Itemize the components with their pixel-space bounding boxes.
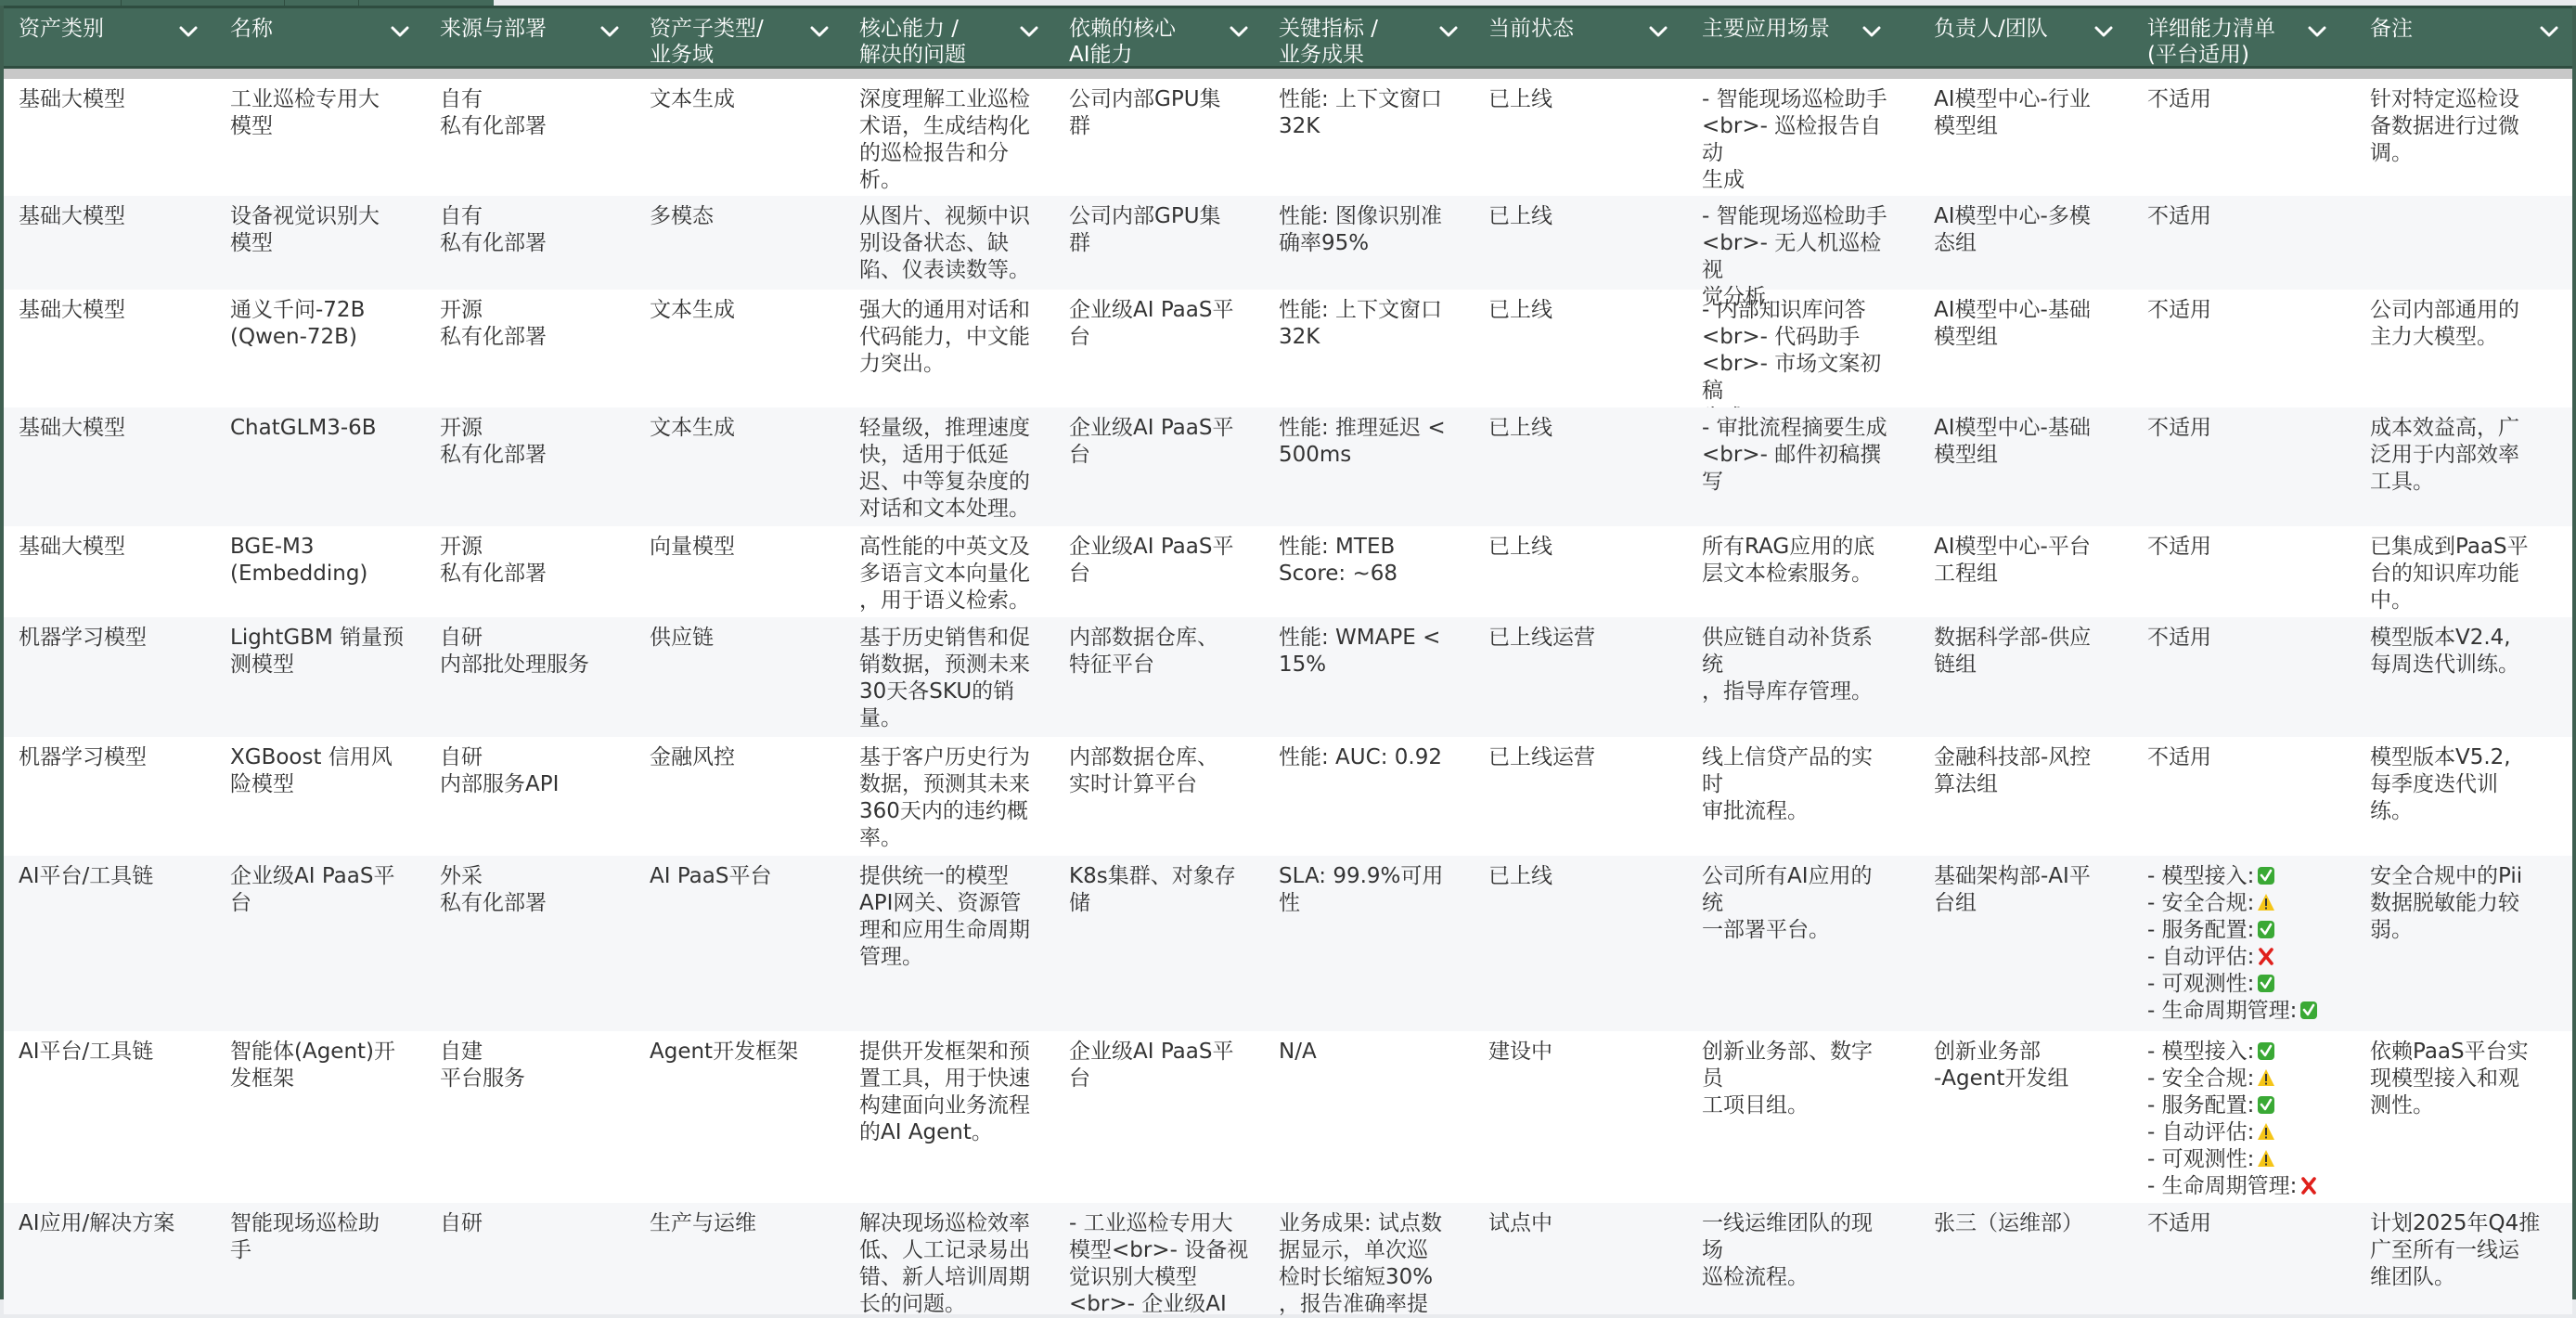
column-header-label: 备注 bbox=[2370, 16, 2528, 42]
cell-metrics[interactable]: 性能: MTEB Score: ~68 bbox=[1279, 534, 1469, 588]
table-row[interactable]: 机器学习模型LightGBM 销量预 测模型自研 内部批处理服务供应链基于历史销… bbox=[4, 617, 2572, 737]
capability-item: - 生命周期管理: bbox=[2147, 998, 2338, 1025]
cell-status[interactable]: 已上线运营 bbox=[1488, 744, 1679, 771]
check-mark-icon bbox=[2254, 1040, 2275, 1064]
column-header-owner[interactable]: 负责人/团队 bbox=[1919, 12, 2129, 68]
table-row[interactable]: 机器学习模型XGBoost 信用风 险模型自研 内部服务API金融风控基于客户历… bbox=[4, 737, 2572, 856]
cell-owner[interactable]: 金融科技部-风控 算法组 bbox=[1934, 744, 2124, 798]
cell-name[interactable]: BGE-M3 (Embedding) bbox=[230, 534, 420, 588]
cell-status[interactable]: 试点中 bbox=[1488, 1210, 1679, 1237]
cell-dependency[interactable]: K8s集群、对象存 储 bbox=[1069, 863, 1259, 917]
cell-status[interactable]: 已上线 bbox=[1488, 534, 1679, 561]
table-row[interactable]: 基础大模型BGE-M3 (Embedding)开源 私有化部署向量模型高性能的中… bbox=[4, 526, 2572, 617]
chevron-down-icon[interactable] bbox=[1438, 25, 1459, 38]
column-header-label: 关键指标 / 业务成果 bbox=[1279, 16, 1436, 68]
cell-notes[interactable]: 依赖PaaS平台实 现模型接入和观 测性。 bbox=[2370, 1039, 2560, 1119]
capability-item: - 可观测性: bbox=[2147, 1146, 2338, 1173]
capability-item-label: - 生命周期管理: bbox=[2147, 1174, 2297, 1198]
check-mark-icon bbox=[2254, 918, 2275, 942]
check-mark-icon bbox=[2297, 999, 2318, 1023]
capability-item: - 自动评估: bbox=[2147, 1119, 2338, 1146]
cell-metrics[interactable]: 性能: WMAPE < 15% bbox=[1279, 625, 1469, 678]
capability-item: - 生命周期管理: bbox=[2147, 1173, 2338, 1200]
cell-capability[interactable]: 轻量级，推理速度 快，适用于低延 迟、中等复杂度的 对话和文本处理。 bbox=[859, 415, 1050, 523]
table-row[interactable]: 基础大模型工业巡检专用大 模型自有 私有化部署文本生成深度理解工业巡检 术语，生… bbox=[4, 79, 2572, 196]
cell-metrics[interactable]: 性能: 推理延迟 < 500ms bbox=[1279, 415, 1469, 469]
cell-dependency[interactable]: 公司内部GPU集 群 bbox=[1069, 203, 1259, 257]
cell-subtype[interactable]: 文本生成 bbox=[650, 297, 840, 324]
cell-owner[interactable]: AI模型中心-多模 态组 bbox=[1934, 203, 2124, 257]
cell-category[interactable]: 基础大模型 bbox=[19, 297, 209, 324]
warning-icon bbox=[2254, 1120, 2275, 1144]
header-separator bbox=[4, 69, 2572, 79]
cell-owner[interactable]: AI模型中心-行业 模型组 bbox=[1934, 86, 2124, 140]
cell-owner[interactable]: 创新业务部 -Agent开发组 bbox=[1934, 1039, 2124, 1092]
capability-item-label: - 自动评估: bbox=[2147, 1120, 2254, 1144]
cell-scenarios[interactable]: 所有RAG应用的底 层文本检索服务。 bbox=[1702, 534, 1892, 588]
cell-name[interactable]: 智能体(Agent)开 发框架 bbox=[230, 1039, 420, 1092]
capability-item: - 可观测性: bbox=[2147, 971, 2338, 998]
cell-category[interactable]: 机器学习模型 bbox=[19, 625, 209, 652]
cell-subtype[interactable]: Agent开发框架 bbox=[650, 1039, 840, 1066]
cell-subtype[interactable]: 文本生成 bbox=[650, 86, 840, 113]
cell-source[interactable]: 自研 内部批处理服务 bbox=[440, 625, 630, 678]
cell-status[interactable]: 已上线运营 bbox=[1488, 625, 1679, 652]
cell-category[interactable]: 基础大模型 bbox=[19, 86, 209, 113]
chevron-down-icon[interactable] bbox=[178, 25, 199, 38]
cell-dependency[interactable]: 企业级AI PaaS平 台 bbox=[1069, 297, 1259, 351]
column-header-notes[interactable]: 备注 bbox=[2355, 12, 2565, 68]
cell-capability[interactable]: 强大的通用对话和 代码能力，中文能 力突出。 bbox=[859, 297, 1050, 378]
cell-capability[interactable]: 提供统一的模型 API网关、资源管 理和应用生命周期 管理。 bbox=[859, 863, 1050, 971]
cell-capability_list[interactable]: 不适用 bbox=[2147, 625, 2338, 652]
cell-capability_list[interactable]: 不适用 bbox=[2147, 415, 2338, 442]
cross-mark-icon bbox=[2297, 1174, 2318, 1198]
chevron-down-icon[interactable] bbox=[1861, 25, 1882, 38]
cell-capability_list[interactable]: 不适用 bbox=[2147, 534, 2338, 561]
cell-name[interactable]: 通义千问-72B (Qwen-72B) bbox=[230, 297, 420, 351]
check-mark-icon bbox=[2254, 1093, 2275, 1118]
cell-name[interactable]: LightGBM 销量预 测模型 bbox=[230, 625, 420, 678]
cell-status[interactable]: 建设中 bbox=[1488, 1039, 1679, 1066]
column-header-source[interactable]: 来源与部署 bbox=[425, 12, 635, 68]
cell-metrics[interactable]: 性能: 图像识别准 确率95% bbox=[1279, 203, 1469, 257]
column-header-label: 核心能力 / 解决的问题 bbox=[859, 16, 1017, 68]
capability-item-label: - 服务配置: bbox=[2147, 1093, 2254, 1118]
column-header-label: 详细能力清单 (平台适用) bbox=[2147, 16, 2305, 68]
cell-category[interactable]: 基础大模型 bbox=[19, 415, 209, 442]
chevron-down-icon[interactable] bbox=[599, 25, 620, 38]
capability-item: - 安全合规: bbox=[2147, 890, 2338, 917]
cell-name[interactable]: XGBoost 信用风 险模型 bbox=[230, 744, 420, 798]
cell-name[interactable]: 智能现场巡检助 手 bbox=[230, 1210, 420, 1264]
capability-item-label: - 可观测性: bbox=[2147, 972, 2254, 996]
cell-metrics[interactable]: 性能: 上下文窗口 32K bbox=[1279, 297, 1469, 351]
cell-capability_list: - 模型接入:- 安全合规:- 服务配置:- 自动评估:- 可观测性:- 生命周… bbox=[2147, 1039, 2338, 1200]
cell-source[interactable]: 自有 私有化部署 bbox=[440, 86, 630, 140]
cell-category[interactable]: 基础大模型 bbox=[19, 534, 209, 561]
column-header-metrics[interactable]: 关键指标 / 业务成果 bbox=[1264, 12, 1474, 68]
cell-capability[interactable]: 高性能的中英文及 多语言文本向量化 ，用于语义检索。 bbox=[859, 534, 1050, 614]
cell-capability[interactable]: 解决现场巡检效率 低、人工记录易出 错、新人培训周期 长的问题。 bbox=[859, 1210, 1050, 1299]
table-row[interactable]: AI平台/工具链智能体(Agent)开 发框架自建 平台服务Agent开发框架提… bbox=[4, 1031, 2572, 1203]
cell-category[interactable]: AI应用/解决方案 bbox=[19, 1210, 209, 1237]
cell-status[interactable]: 已上线 bbox=[1488, 203, 1679, 230]
cell-metrics[interactable]: 性能: 上下文窗口 32K bbox=[1279, 86, 1469, 140]
cell-status[interactable]: 已上线 bbox=[1488, 297, 1679, 324]
capability-item: - 服务配置: bbox=[2147, 1092, 2338, 1119]
column-header-label: 资产类别 bbox=[19, 16, 176, 42]
column-header-capability_list[interactable]: 详细能力清单 (平台适用) bbox=[2132, 12, 2342, 68]
capability-item: - 服务配置: bbox=[2147, 917, 2338, 944]
column-header-subtype[interactable]: 资产子类型/ 业务域 bbox=[635, 12, 844, 68]
chevron-down-icon[interactable] bbox=[2093, 25, 2114, 38]
chevron-down-icon[interactable] bbox=[390, 25, 410, 38]
cell-owner[interactable]: AI模型中心-平台 工程组 bbox=[1934, 534, 2124, 588]
cell-subtype[interactable]: 向量模型 bbox=[650, 534, 840, 561]
cell-capability_list[interactable]: 不适用 bbox=[2147, 86, 2338, 113]
capability-item: - 模型接入: bbox=[2147, 863, 2338, 890]
capability-item-label: - 模型接入: bbox=[2147, 864, 2254, 888]
cell-metrics[interactable]: N/A bbox=[1279, 1039, 1469, 1066]
warning-icon bbox=[2254, 891, 2275, 915]
cell-notes[interactable]: 安全合规中的Pii 数据脱敏能力较 弱。 bbox=[2370, 863, 2560, 944]
cell-subtype[interactable]: 供应链 bbox=[650, 625, 840, 652]
table-row[interactable]: 基础大模型通义千问-72B (Qwen-72B)开源 私有化部署文本生成强大的通… bbox=[4, 290, 2572, 407]
cell-dependency[interactable]: 内部数据仓库、 实时计算平台 bbox=[1069, 744, 1259, 798]
table-row[interactable]: AI应用/解决方案智能现场巡检助 手自研生产与运维解决现场巡检效率 低、人工记录… bbox=[4, 1203, 2572, 1299]
table-frame: 资产类别名称来源与部署资产子类型/ 业务域核心能力 / 解决的问题依赖的核心 A… bbox=[0, 6, 2576, 1299]
cell-subtype[interactable]: 金融风控 bbox=[650, 744, 840, 771]
cell-notes[interactable]: 模型版本V5.2, 每季度迭代训 练。 bbox=[2370, 744, 2560, 825]
column-header-dependency[interactable]: 依赖的核心 AI能力 bbox=[1054, 12, 1264, 68]
cell-capability[interactable]: 基于历史销售和促 销数据，预测未来 30天各SKU的销 量。 bbox=[859, 625, 1050, 732]
cell-capability[interactable]: 从图片、视频中识 别设备状态、缺 陷、仪表读数等。 bbox=[859, 203, 1050, 284]
cell-dependency[interactable]: 内部数据仓库、 特征平台 bbox=[1069, 625, 1259, 678]
capability-item: - 自动评估: bbox=[2147, 944, 2338, 971]
cell-capability_list[interactable]: 不适用 bbox=[2147, 297, 2338, 324]
column-header-label: 当前状态 bbox=[1488, 16, 1646, 42]
column-header-label: 负责人/团队 bbox=[1934, 16, 2092, 42]
cell-metrics[interactable]: 业务成果: 试点数 据显示，单次巡 检时长缩短30% ，报告准确率提 bbox=[1279, 1210, 1469, 1299]
chevron-down-icon[interactable] bbox=[1019, 25, 1039, 38]
cell-source[interactable]: 自研 bbox=[440, 1210, 630, 1237]
column-header-label: 依赖的核心 AI能力 bbox=[1069, 16, 1227, 68]
cell-source[interactable]: 开源 私有化部署 bbox=[440, 534, 630, 588]
column-header-category[interactable]: 资产类别 bbox=[4, 12, 213, 68]
cell-subtype[interactable]: AI PaaS平台 bbox=[650, 863, 840, 890]
column-header-label: 名称 bbox=[230, 16, 388, 42]
capability-item-label: - 安全合规: bbox=[2147, 891, 2254, 915]
cell-capability_list: - 模型接入:- 安全合规:- 服务配置:- 自动评估:- 可观测性:- 生命周… bbox=[2147, 863, 2338, 1025]
cell-status[interactable]: 已上线 bbox=[1488, 415, 1679, 442]
cell-notes[interactable]: 针对特定巡检设 备数据进行过微 调。 bbox=[2370, 86, 2560, 167]
cell-scenarios[interactable]: 供应链自动补货系统 ，指导库存管理。 bbox=[1702, 625, 1892, 705]
cell-capability_list[interactable]: 不适用 bbox=[2147, 744, 2338, 771]
cell-notes[interactable]: 成本效益高，广 泛用于内部效率 工具。 bbox=[2370, 415, 2560, 496]
column-header-label: 来源与部署 bbox=[440, 16, 598, 42]
capability-item: - 模型接入: bbox=[2147, 1039, 2338, 1066]
column-header-name[interactable]: 名称 bbox=[215, 12, 425, 68]
capability-item-label: - 安全合规: bbox=[2147, 1066, 2254, 1091]
cell-scenarios[interactable]: 公司所有AI应用的统 一部署平台。 bbox=[1702, 863, 1892, 944]
cell-notes[interactable]: 模型版本V2.4, 每周迭代训练。 bbox=[2370, 625, 2560, 678]
cell-subtype[interactable]: 多模态 bbox=[650, 203, 840, 230]
capability-item: - 安全合规: bbox=[2147, 1066, 2338, 1092]
cell-owner[interactable]: AI模型中心-基础 模型组 bbox=[1934, 297, 2124, 351]
cell-scenarios[interactable]: 创新业务部、数字员 工项目组。 bbox=[1702, 1039, 1892, 1119]
cell-capability_list[interactable]: 不适用 bbox=[2147, 203, 2338, 230]
table-row[interactable]: 基础大模型ChatGLM3-6B开源 私有化部署文本生成轻量级，推理速度 快，适… bbox=[4, 407, 2572, 526]
cell-name[interactable]: 设备视觉识别大 模型 bbox=[230, 203, 420, 257]
chevron-down-icon[interactable] bbox=[809, 25, 830, 38]
cell-notes[interactable]: 已集成到PaaS平 台的知识库功能 中。 bbox=[2370, 534, 2560, 614]
column-header-label: 资产子类型/ 业务域 bbox=[650, 16, 807, 68]
cell-dependency[interactable]: 企业级AI PaaS平 台 bbox=[1069, 534, 1259, 588]
column-header-label: 主要应用场景 bbox=[1702, 16, 1860, 42]
cell-status[interactable]: 已上线 bbox=[1488, 863, 1679, 890]
capability-item-label: - 生命周期管理: bbox=[2147, 999, 2297, 1023]
cell-scenarios[interactable]: 一线运维团队的现场 巡检流程。 bbox=[1702, 1210, 1892, 1291]
warning-icon bbox=[2254, 1066, 2275, 1091]
cell-name[interactable]: 企业级AI PaaS平 台 bbox=[230, 863, 420, 917]
cell-scenarios[interactable]: 线上信贷产品的实时 审批流程。 bbox=[1702, 744, 1892, 825]
cell-category[interactable]: AI平台/工具链 bbox=[19, 1039, 209, 1066]
cell-dependency[interactable]: - 工业巡检专用大 模型<br>- 设备视 觉识别大模型 <br>- 企业级AI bbox=[1069, 1210, 1259, 1299]
chevron-down-icon[interactable] bbox=[2539, 25, 2559, 38]
chevron-down-icon[interactable] bbox=[1648, 25, 1668, 38]
cell-category[interactable]: 基础大模型 bbox=[19, 203, 209, 230]
cell-capability[interactable]: 深度理解工业巡检 术语，生成结构化 的巡检报告和分 析。 bbox=[859, 86, 1050, 194]
cell-category[interactable]: 机器学习模型 bbox=[19, 744, 209, 771]
cell-status[interactable]: 已上线 bbox=[1488, 86, 1679, 113]
capability-item-label: - 自动评估: bbox=[2147, 945, 2254, 969]
cell-owner[interactable]: 基础架构部-AI平 台组 bbox=[1934, 863, 2124, 917]
chevron-down-icon[interactable] bbox=[1229, 25, 1249, 38]
cell-dependency[interactable]: 企业级AI PaaS平 台 bbox=[1069, 415, 1259, 469]
cell-source[interactable]: 外采 私有化部署 bbox=[440, 863, 630, 917]
capability-item-label: - 模型接入: bbox=[2147, 1040, 2254, 1064]
table-row[interactable]: 基础大模型设备视觉识别大 模型自有 私有化部署多模态从图片、视频中识 别设备状态… bbox=[4, 196, 2572, 290]
cell-capability_list[interactable]: 不适用 bbox=[2147, 1210, 2338, 1237]
cell-notes[interactable]: 计划2025年Q4推 广至所有一线运 维团队。 bbox=[2370, 1210, 2560, 1291]
warning-icon bbox=[2254, 1147, 2275, 1171]
cell-category[interactable]: AI平台/工具链 bbox=[19, 863, 209, 890]
cell-scenarios[interactable]: - 智能现场巡检助手 <br>- 巡检报告自动 生成 bbox=[1702, 86, 1892, 194]
cell-source[interactable]: 开源 私有化部署 bbox=[440, 297, 630, 351]
cell-owner[interactable]: 张三（运维部） bbox=[1934, 1210, 2124, 1237]
cell-name[interactable]: 工业巡检专用大 模型 bbox=[230, 86, 420, 140]
cell-source[interactable]: 自有 私有化部署 bbox=[440, 203, 630, 257]
column-header-status[interactable]: 当前状态 bbox=[1474, 12, 1683, 68]
capability-item-label: - 服务配置: bbox=[2147, 918, 2254, 942]
check-mark-icon bbox=[2254, 864, 2275, 888]
cell-scenarios[interactable]: - 审批流程摘要生成 <br>- 邮件初稿撰写 bbox=[1702, 415, 1892, 496]
cell-notes[interactable]: 公司内部通用的 主力大模型。 bbox=[2370, 297, 2560, 351]
chevron-down-icon[interactable] bbox=[2307, 25, 2327, 38]
cell-capability[interactable]: 提供开发框架和预 置工具，用于快速 构建面向业务流程 的AI Agent。 bbox=[859, 1039, 1050, 1146]
cell-owner[interactable]: 数据科学部-供应 链组 bbox=[1934, 625, 2124, 678]
cell-metrics[interactable]: SLA: 99.9%可用 性 bbox=[1279, 863, 1469, 917]
cell-source[interactable]: 自建 平台服务 bbox=[440, 1039, 630, 1092]
cell-dependency[interactable]: 公司内部GPU集 群 bbox=[1069, 86, 1259, 140]
cell-source[interactable]: 自研 内部服务API bbox=[440, 744, 630, 798]
cell-name[interactable]: ChatGLM3-6B bbox=[230, 415, 420, 442]
capability-item-label: - 可观测性: bbox=[2147, 1147, 2254, 1171]
column-header-capability[interactable]: 核心能力 / 解决的问题 bbox=[844, 12, 1054, 68]
cell-subtype[interactable]: 文本生成 bbox=[650, 415, 840, 442]
cross-mark-icon bbox=[2254, 945, 2275, 969]
column-header-scenarios[interactable]: 主要应用场景 bbox=[1687, 12, 1897, 68]
cell-subtype[interactable]: 生产与运维 bbox=[650, 1210, 840, 1237]
table-header: 资产类别名称来源与部署资产子类型/ 业务域核心能力 / 解决的问题依赖的核心 A… bbox=[4, 6, 2572, 69]
cell-dependency[interactable]: 企业级AI PaaS平 台 bbox=[1069, 1039, 1259, 1092]
cell-capability[interactable]: 基于客户历史行为 数据，预测其未来 360天内的违约概 率。 bbox=[859, 744, 1050, 852]
table-row[interactable]: AI平台/工具链企业级AI PaaS平 台外采 私有化部署AI PaaS平台提供… bbox=[4, 856, 2572, 1031]
cell-metrics[interactable]: 性能: AUC: 0.92 bbox=[1279, 744, 1469, 771]
check-mark-icon bbox=[2254, 972, 2275, 996]
cell-owner[interactable]: AI模型中心-基础 模型组 bbox=[1934, 415, 2124, 469]
cell-source[interactable]: 开源 私有化部署 bbox=[440, 415, 630, 469]
